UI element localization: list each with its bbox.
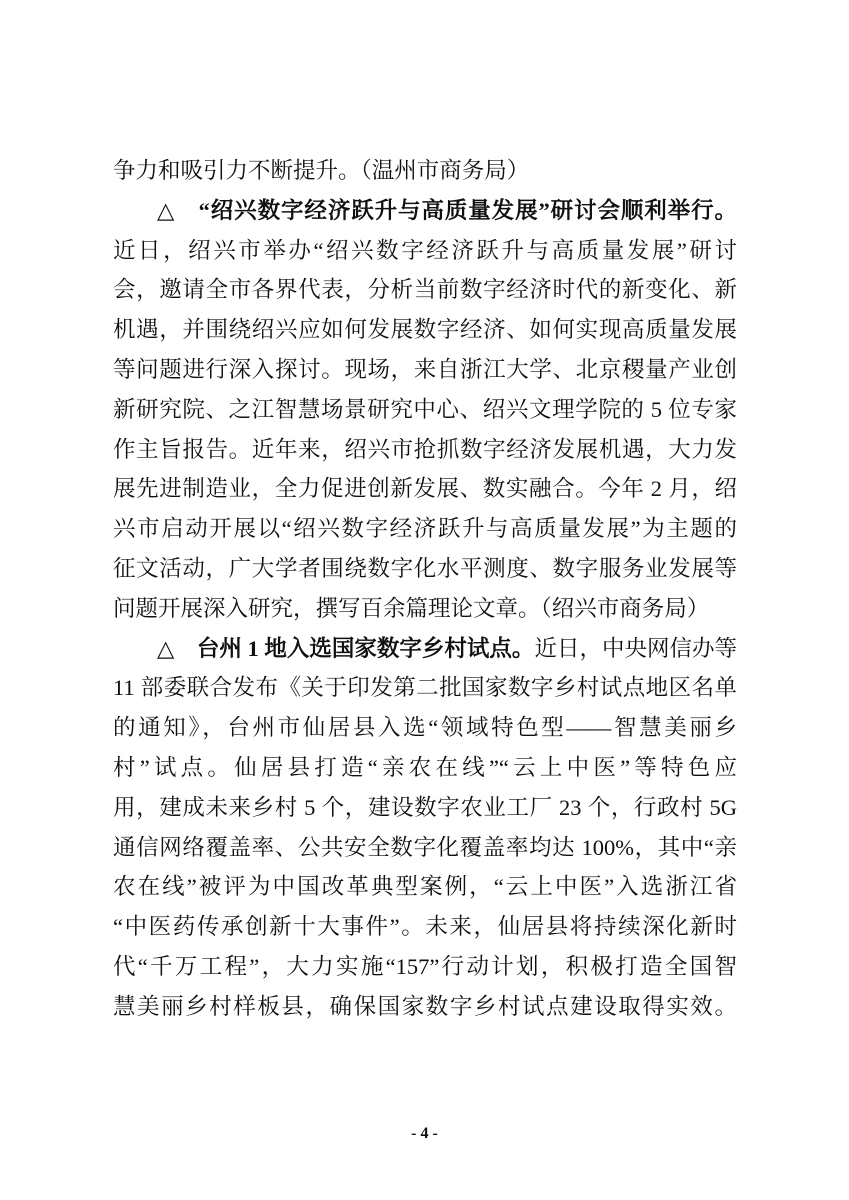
text-line: 代“千万工程”，大力实施“157”行动计划，积极打造全国智: [113, 947, 737, 987]
text-line: 通信网络覆盖率、公共安全数字化覆盖率均达 100%，其中“亲: [113, 828, 737, 868]
text-line: 的通知》，台州市仙居县入选“领域特色型——智慧美丽乡: [113, 708, 737, 748]
text-segment: 11 部委联合发布《关于印发第二批国家数字乡村试点地区名单: [113, 675, 737, 700]
text-segment: 新研究院、之江智慧场景研究中心、绍兴文理学院的 5 位专家: [113, 397, 737, 422]
text-line: 农在线”被评为中国改革典型案例，“云上中医”入选浙江省: [113, 867, 737, 907]
text-segment: 会，邀请全市各界代表，分析当前数字经济时代的新变化、新: [113, 277, 737, 302]
text-segment: 近日，绍兴市举办“绍兴数字经济跃升与高质量发展”研讨: [113, 238, 737, 263]
text-line: 新研究院、之江智慧场景研究中心、绍兴文理学院的 5 位专家: [113, 390, 737, 430]
heading-line: △ “绍兴数字经济跃升与高质量发展”研讨会顺利举行。: [113, 191, 737, 231]
text-line: 会，邀请全市各界代表，分析当前数字经济时代的新变化、新: [113, 270, 737, 310]
text-line: 争力和吸引力不断提升。（温州市商务局）: [113, 151, 737, 191]
text-segment: “中医药传承创新十大事件”。未来，仙居县将持续深化新时: [113, 914, 737, 939]
text-segment: 征文活动，广大学者围绕数字化水平测度、数字服务业发展等: [113, 556, 737, 581]
text-segment: 争力和吸引力不断提升。（温州市商务局）: [113, 158, 529, 183]
heading-segment: △ 台州 1 地入选国家数字乡村试点。: [157, 636, 534, 661]
text-segment: 代“千万工程”，大力实施“157”行动计划，积极打造全国智: [113, 954, 737, 979]
text-line: 征文活动，广大学者围绕数字化水平测度、数字服务业发展等: [113, 549, 737, 589]
text-line: 村”试点。仙居县打造“亲农在线”“云上中医”等特色应: [113, 748, 737, 788]
text-segment: 的通知》，台州市仙居县入选“领域特色型——智慧美丽乡: [113, 715, 737, 740]
text-line: 用，建成未来乡村 5 个，建设数字农业工厂 23 个，行政村 5G: [113, 788, 737, 828]
text-line: 慧美丽乡村样板县，确保国家数字乡村试点建设取得实效。: [113, 987, 737, 1027]
document-page: 争力和吸引力不断提升。（温州市商务局）△ “绍兴数字经济跃升与高质量发展”研讨会…: [0, 0, 849, 1200]
text-line: 问题开展深入研究，撰写百余篇理论文章。（绍兴市商务局）: [113, 589, 737, 629]
text-segment: 兴市启动开展以“绍兴数字经济跃升与高质量发展”为主题的: [113, 516, 737, 541]
text-segment: 问题开展深入研究，撰写百余篇理论文章。（绍兴市商务局）: [113, 596, 709, 621]
text-segment: 机遇，并围绕绍兴应如何发展数字经济、如何实现高质量发展: [113, 317, 737, 342]
text-segment: 慧美丽乡村样板县，确保国家数字乡村试点建设取得实效。: [113, 994, 737, 1019]
text-line: 兴市启动开展以“绍兴数字经济跃升与高质量发展”为主题的: [113, 509, 737, 549]
text-segment: 通信网络覆盖率、公共安全数字化覆盖率均达 100%，其中“亲: [113, 835, 737, 860]
page-number: - 4 -: [411, 1125, 438, 1142]
page-footer: - 4 -: [0, 1122, 849, 1146]
text-line: 作主旨报告。近年来，绍兴市抢抓数字经济发展机遇，大力发: [113, 430, 737, 470]
text-line: 近日，绍兴市举办“绍兴数字经济跃升与高质量发展”研讨: [113, 231, 737, 271]
text-line: 机遇，并围绕绍兴应如何发展数字经济、如何实现高质量发展: [113, 310, 737, 350]
text-line: 11 部委联合发布《关于印发第二批国家数字乡村试点地区名单: [113, 668, 737, 708]
heading-segment: △ “绍兴数字经济跃升与高质量发展”研讨会顺利举行。: [157, 198, 737, 223]
text-segment: 农在线”被评为中国改革典型案例，“云上中医”入选浙江省: [113, 874, 737, 899]
document-body: 争力和吸引力不断提升。（温州市商务局）△ “绍兴数字经济跃升与高质量发展”研讨会…: [113, 151, 737, 1027]
heading-line: △ 台州 1 地入选国家数字乡村试点。近日，中央网信办等: [113, 629, 737, 669]
text-segment: 展先进制造业，全力促进创新发展、数实融合。今年 2 月，绍: [113, 476, 737, 501]
text-segment: 作主旨报告。近年来，绍兴市抢抓数字经济发展机遇，大力发: [113, 437, 737, 462]
text-segment: 等问题进行深入探讨。现场，来自浙江大学、北京稷量产业创: [113, 357, 737, 382]
text-line: “中医药传承创新十大事件”。未来，仙居县将持续深化新时: [113, 907, 737, 947]
text-segment: 近日，中央网信办等: [534, 636, 737, 661]
text-segment: 用，建成未来乡村 5 个，建设数字农业工厂 23 个，行政村 5G: [113, 795, 737, 820]
text-line: 展先进制造业，全力促进创新发展、数实融合。今年 2 月，绍: [113, 469, 737, 509]
text-line: 等问题进行深入探讨。现场，来自浙江大学、北京稷量产业创: [113, 350, 737, 390]
text-segment: 村”试点。仙居县打造“亲农在线”“云上中医”等特色应: [113, 755, 737, 780]
